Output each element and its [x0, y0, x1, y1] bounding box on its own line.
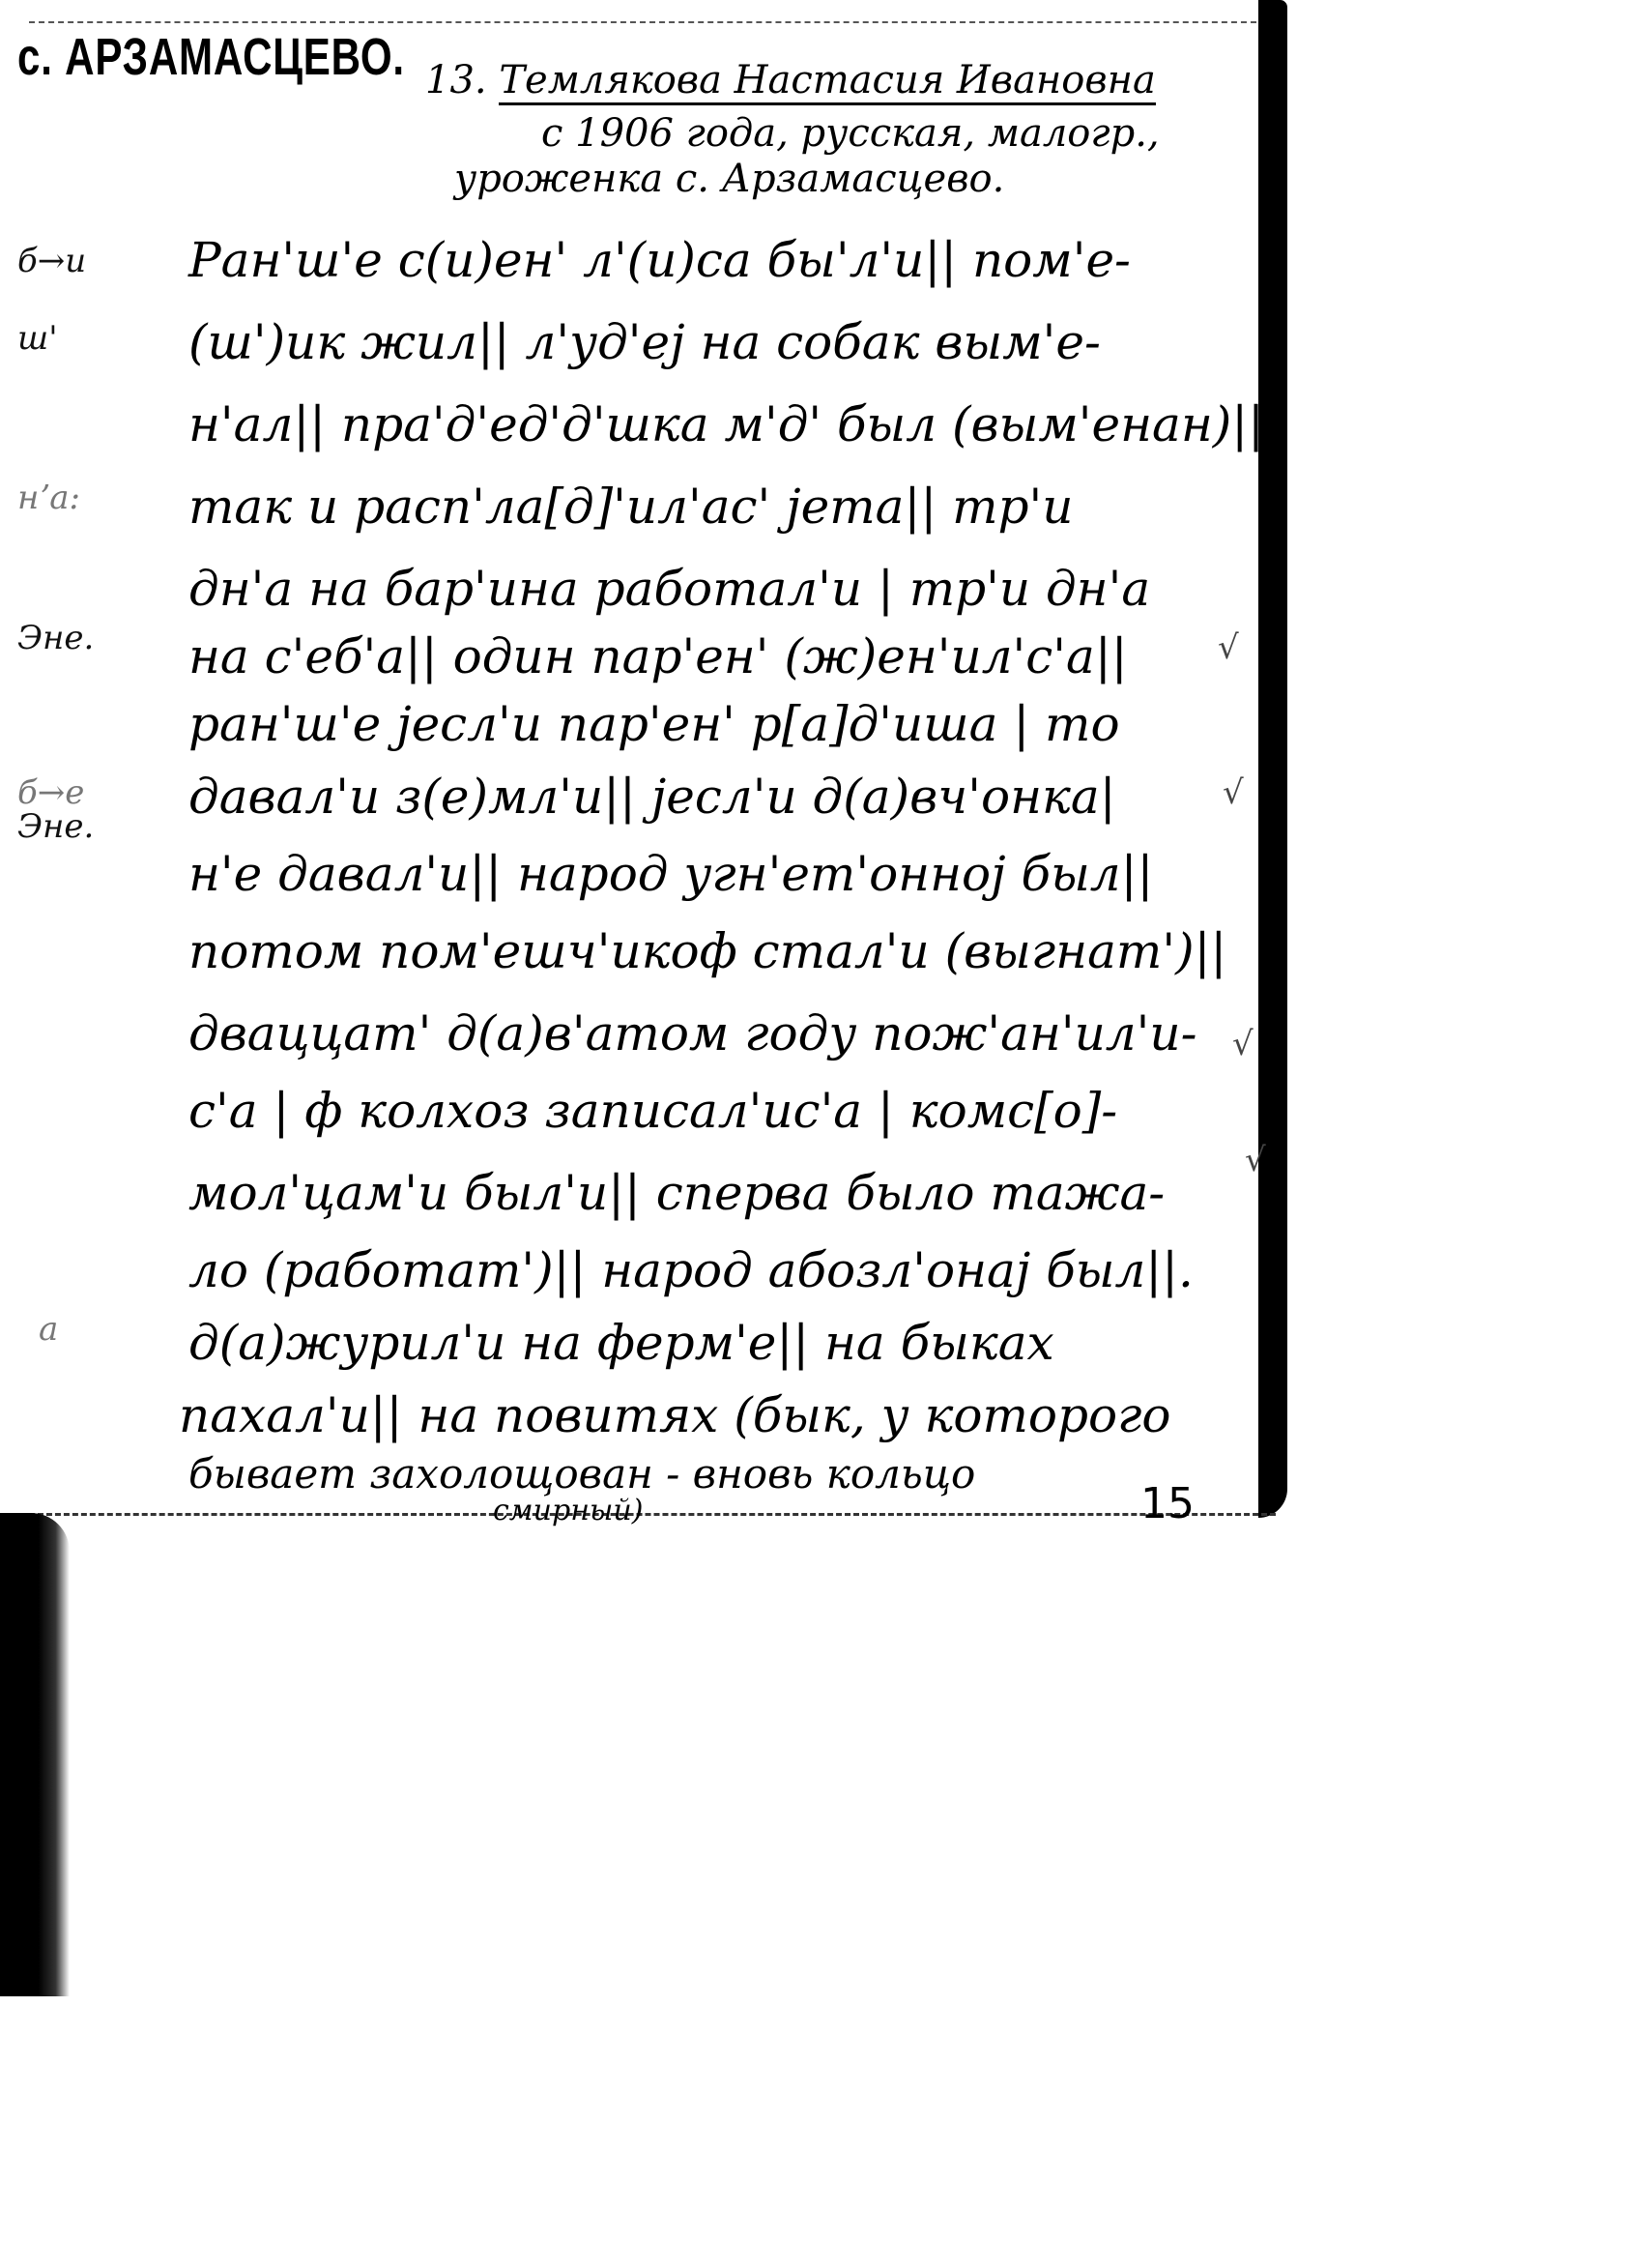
transcript-line: на с'еб'а|| один пар'ен' (ж)ен'ил'с'а|| [188, 628, 1128, 684]
informant-birth-info: с 1906 года, русская, малогр., [541, 111, 1160, 156]
sheet-bottom-edge [29, 1513, 1276, 1516]
transcript-line: н'ал|| пра'д'ед'д'шка м'д' был (вым'енан… [188, 396, 1264, 452]
check-mark: √ [1223, 773, 1244, 812]
sheet-top-edge [29, 21, 1256, 23]
margin-note: б→и [17, 242, 86, 280]
transcript-line: мол'цам'и был'и|| сперва было тажа- [188, 1165, 1165, 1221]
transcript-line: с'а | ф колхоз записал'ис'а | комс[о]- [188, 1083, 1117, 1139]
transcript-line: бывает захолощован - вновь кольцо [188, 1450, 975, 1497]
scanned-page: с. АРЗАМАСЦЕВО. 13. Темлякова Настасия И… [0, 0, 1643, 2268]
transcript-line: Ран'ш'е с(и)ен' л'(и)са бы'л'и|| пом'е- [188, 232, 1131, 288]
informant-number: 13. [425, 58, 487, 102]
transcript-line: д(а)журил'и на ферм'е|| на быках [188, 1315, 1054, 1371]
informant-header: 13. Темлякова Настасия Ивановна [425, 58, 1156, 102]
scan-shadow [0, 1513, 70, 1996]
transcript-line: так и расп'ла[д]'ил'ас' јета|| тр'и [188, 479, 1073, 535]
informant-name: Темлякова Настасия Ивановна [499, 58, 1155, 105]
sheet-right-edge [1258, 0, 1287, 1518]
page-number: 15 [1140, 1479, 1195, 1528]
check-mark: √ [1218, 628, 1239, 667]
check-mark: √ [1232, 1025, 1254, 1063]
margin-note: ш' [17, 319, 58, 358]
margin-note: а [39, 1310, 58, 1349]
margin-note: б→е [17, 773, 84, 812]
informant-origin: уроженка с. Арзамасцево. [454, 157, 1004, 201]
transcript-line: давал'и з(е)мл'и|| јесл'и д(а)вч'онка| [188, 769, 1116, 825]
transcript-line: дваццат' д(а)в'атом году пож'ан'ил'и- [188, 1005, 1196, 1061]
margin-note: Эне. [17, 807, 94, 846]
transcript-line: потом пом'ешч'икоф стал'и (выгнат')|| [188, 923, 1226, 979]
village-heading: с. АРЗАМАСЦЕВО. [17, 27, 405, 87]
transcript-line: дн'а на бар'ина работал'и | тр'и дн'а [188, 561, 1150, 617]
transcript-line: пахал'и|| на повитях (бык, у которого [179, 1387, 1171, 1443]
transcript-line: ран'ш'е јесл'и пар'ен' р[а]д'ишa | то [188, 696, 1120, 752]
margin-note: нʼа: [17, 479, 80, 517]
check-mark: √ [1245, 1141, 1266, 1179]
transcript-line: н'е давал'и|| народ угн'ет'онној был|| [188, 846, 1153, 902]
transcript-line: ло (работат')|| народ абозл'онај был||. [188, 1242, 1194, 1298]
margin-note: Эне. [17, 619, 94, 657]
transcript-line: (ш')ик жил|| л'уд'еј на собак вым'е- [188, 314, 1101, 370]
footnote: смирный) [493, 1494, 643, 1527]
